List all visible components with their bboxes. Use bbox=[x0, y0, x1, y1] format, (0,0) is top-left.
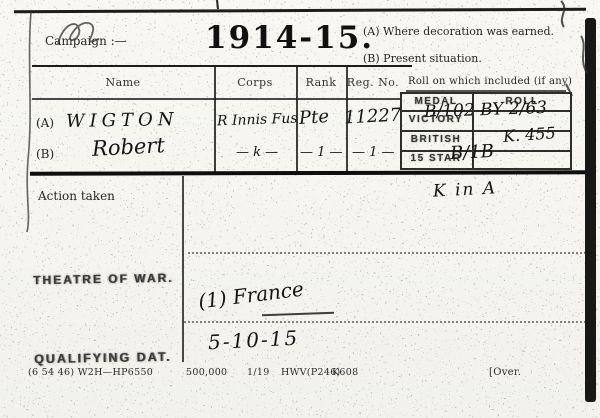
row-b-prefix: (B) bbox=[36, 147, 54, 161]
print-code-quantity: 500,000 bbox=[186, 367, 227, 378]
row-b-rank-ditto: — 1 — bbox=[300, 145, 343, 160]
note-a: (A) Where decoration was earned. bbox=[363, 25, 554, 38]
handwriting-flourish bbox=[262, 312, 334, 317]
column-header-corps: Corps bbox=[214, 76, 296, 89]
medal-index-card: Campaign :— 1914-15. (A) Where decoratio… bbox=[0, 0, 600, 418]
dotted-rule-upper bbox=[188, 252, 590, 254]
print-code-ref: K608 bbox=[332, 367, 358, 378]
row-a-rank-value: Pte bbox=[298, 106, 329, 129]
row-a-corps-value: R Innis Fus bbox=[217, 111, 298, 130]
qualifying-date-stamp: QUALIFYING DAT. bbox=[34, 350, 172, 366]
qualifying-date-value: 5-10-15 bbox=[207, 326, 299, 355]
print-code-date: 1/19 bbox=[247, 367, 270, 378]
note-b: (B) Present situation. bbox=[363, 52, 482, 65]
star-roll-value: B/1B bbox=[449, 141, 494, 164]
campaign-years: 1914-15. bbox=[205, 20, 374, 56]
killed-in-action-note: K in A bbox=[433, 178, 498, 201]
british-roll-value: K. 455 bbox=[502, 123, 556, 146]
column-header-name: Name bbox=[32, 76, 214, 89]
row-b-regno-ditto: — 1 — bbox=[352, 145, 395, 160]
theatre-of-war-stamp: THEATRE OF WAR. bbox=[33, 271, 174, 287]
campaign-label: Campaign :— bbox=[45, 34, 127, 48]
row-a-prefix: (A) bbox=[36, 116, 54, 130]
row-a-regno-value: 11227 bbox=[343, 105, 401, 129]
table-bottom-rule bbox=[30, 170, 595, 175]
print-code-left: (6 54 46) W2H—HP6550 bbox=[28, 367, 153, 378]
over-note: [Over. bbox=[489, 367, 521, 378]
row-b-corps-ditto: — k — bbox=[236, 145, 278, 160]
top-edge-tick bbox=[217, 0, 218, 9]
row-a-name-value: WIGTON bbox=[66, 109, 179, 132]
scan-right-edge bbox=[585, 18, 596, 402]
action-taken-label: Action taken bbox=[38, 189, 115, 203]
dotted-rule-lower bbox=[184, 321, 590, 323]
scan-left-edge bbox=[27, 12, 31, 232]
column-header-rank: Rank bbox=[296, 76, 346, 89]
table-header-rule bbox=[32, 98, 400, 100]
corner-pencil-mark bbox=[561, 1, 564, 27]
column-header-regno: Reg. No. bbox=[346, 76, 400, 89]
card-top-border bbox=[14, 8, 586, 13]
table-top-rule bbox=[32, 65, 412, 67]
lower-section-divider bbox=[182, 176, 184, 362]
roll-column-header: Roll on which included (if any) bbox=[408, 76, 572, 87]
theatre-of-war-entry: (1) France bbox=[197, 277, 305, 314]
row-b-name-value: Robert bbox=[91, 133, 165, 161]
victory-roll-value: B/102 BY 2/63 bbox=[424, 98, 548, 122]
